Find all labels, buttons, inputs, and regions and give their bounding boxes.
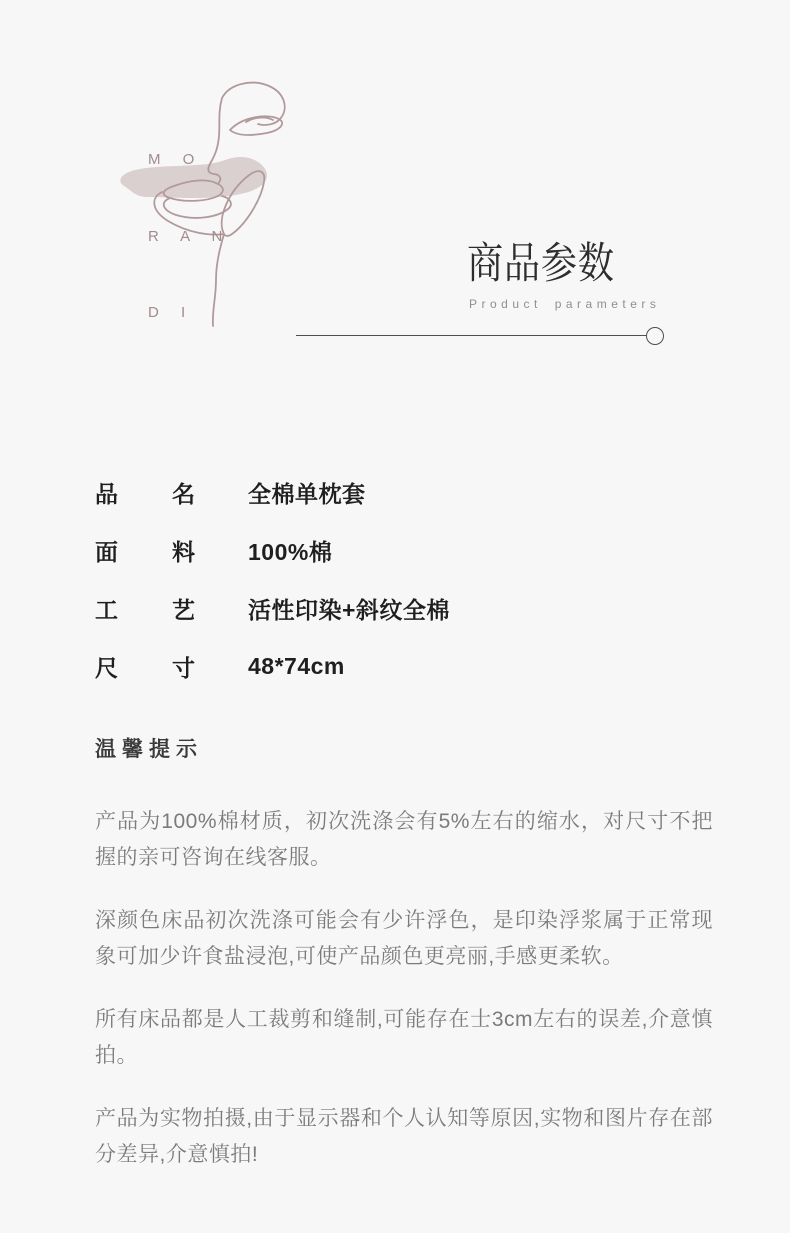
brand-wordmark: M O R A N D I — [148, 96, 231, 377]
brand-wordmark-line-1: M O — [148, 147, 231, 173]
divider-line — [296, 335, 647, 336]
param-key-char: 尺 — [95, 650, 118, 683]
param-value: 活性印染+斜纹全棉 — [248, 592, 450, 625]
param-key-char: 面 — [95, 534, 118, 567]
param-row-fabric: 面 料 100%棉 — [95, 521, 450, 579]
tips-paragraph-3: 所有床品都是人工裁剪和缝制,可能存在士3cm左右的误差,介意慎拍。 — [95, 1002, 713, 1074]
param-key-char: 工 — [95, 592, 118, 625]
tips-paragraph-4: 产品为实物拍摄,由于显示器和个人认知等原因,实物和图片存在部分差异,介意慎拍! — [95, 1101, 713, 1173]
brand-wordmark-line-2: R A N — [148, 224, 231, 250]
param-row-size: 尺 寸 48*74cm — [95, 637, 450, 695]
param-key-char: 名 — [172, 476, 195, 509]
param-value: 48*74cm — [248, 653, 345, 680]
param-value: 100%棉 — [248, 534, 332, 567]
brand-wordmark-line-3: D I — [148, 300, 231, 326]
tips-heading: 温馨提示 — [95, 733, 203, 763]
param-key-char: 料 — [172, 534, 195, 567]
param-row-craft: 工 艺 活性印染+斜纹全棉 — [95, 579, 450, 637]
param-key: 品 名 — [95, 476, 195, 509]
divider-end-circle — [646, 327, 664, 345]
param-key-char: 品 — [95, 476, 118, 509]
tips-paragraph-2: 深颜色床品初次洗涤可能会有少许浮色，是印染浮浆属于正常现象可加少许食盐浸泡,可使… — [95, 903, 713, 975]
param-row-name: 品 名 全棉单枕套 — [95, 463, 450, 521]
param-key-char: 艺 — [172, 592, 195, 625]
param-key: 面 料 — [95, 534, 195, 567]
section-subtitle: Product parameters — [469, 297, 660, 311]
tips-paragraph-1: 产品为100%棉材质，初次洗涤会有5%左右的缩水，对尺寸不把握的亲可咨询在线客服… — [95, 804, 713, 876]
param-key-char: 寸 — [172, 650, 195, 683]
param-list: 品 名 全棉单枕套 面 料 100%棉 工 艺 活性印染+斜纹全棉 尺 寸 48… — [95, 463, 450, 695]
param-key: 尺 寸 — [95, 650, 195, 683]
section-title: 商品参数 — [467, 240, 615, 288]
tips-body: 产品为100%棉材质，初次洗涤会有5%左右的缩水，对尺寸不把握的亲可咨询在线客服… — [95, 804, 713, 1200]
product-parameters-page: M O R A N D I 商品参数 Product parameters 品 … — [0, 0, 790, 1233]
param-key: 工 艺 — [95, 592, 195, 625]
param-value: 全棉单枕套 — [248, 476, 366, 509]
